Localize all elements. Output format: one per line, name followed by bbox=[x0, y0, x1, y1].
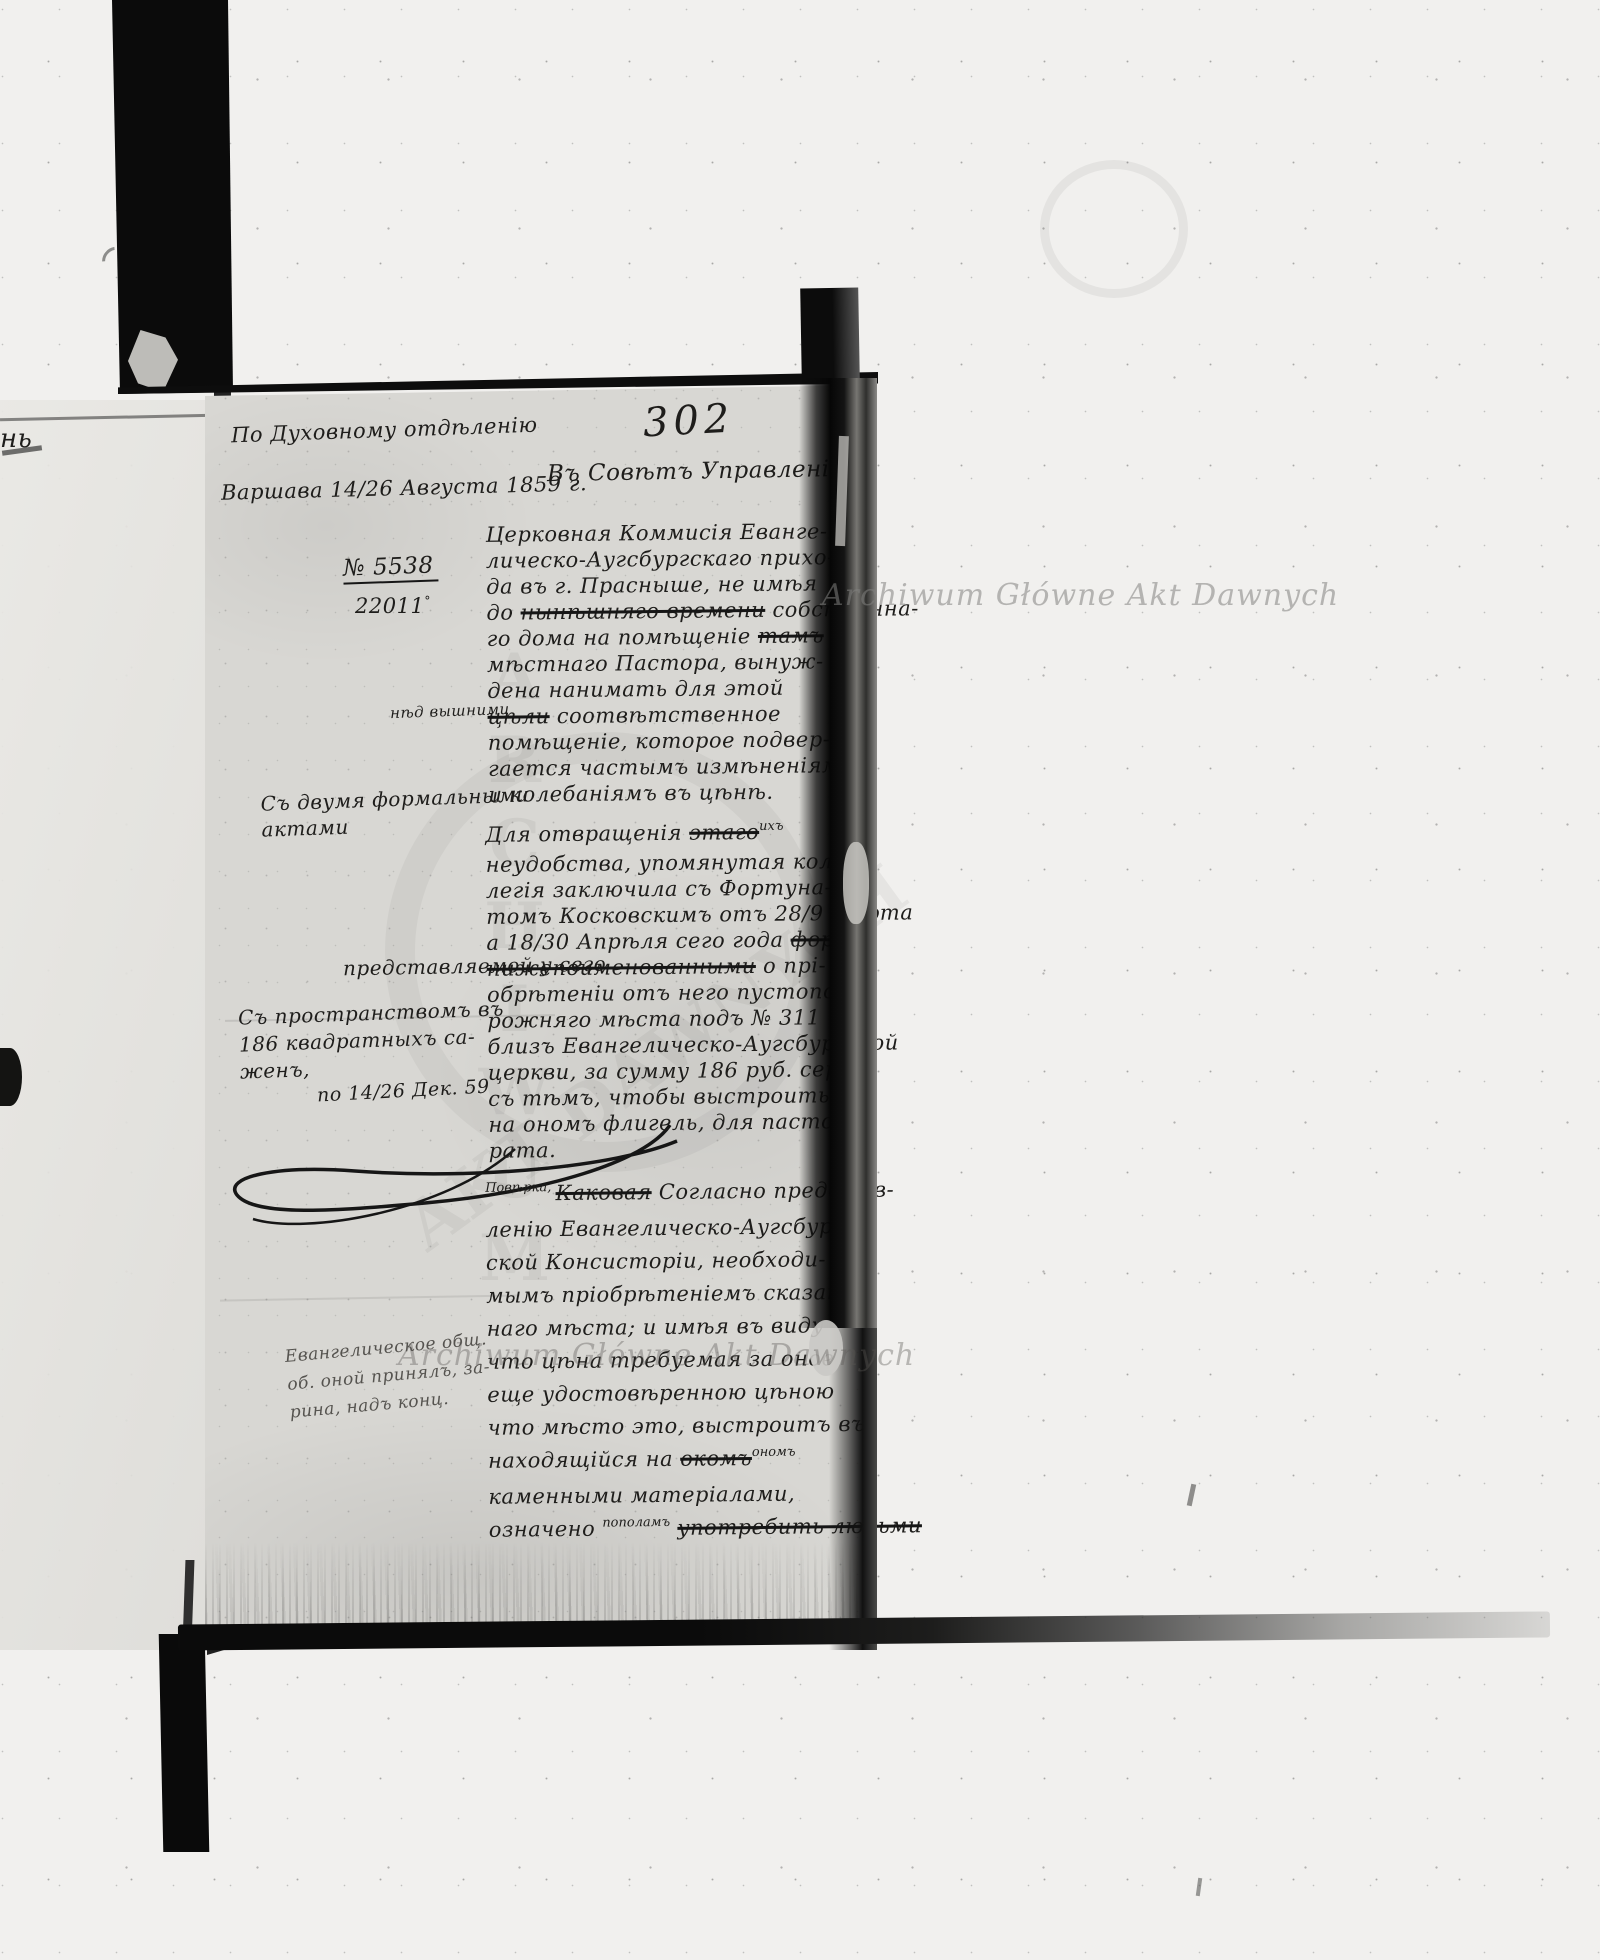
right-margin-dash-2 bbox=[1196, 1878, 1202, 1896]
handwritten-line: цѣли соотвѣтственное bbox=[487, 700, 835, 730]
handwritten-line: съ тѣмъ, чтобы выстроить bbox=[488, 1082, 836, 1112]
handwritten-line: церкви, за сумму 186 руб. сер. bbox=[488, 1056, 836, 1086]
handwritten-line: дена нанимать для этой bbox=[487, 674, 835, 704]
faint-ring-smudge bbox=[1040, 160, 1188, 298]
handwritten-line: томъ Косковскимъ отъ 28/9 Марта bbox=[486, 900, 834, 930]
margin-doc-number: № 5538 bbox=[343, 552, 439, 584]
handwritten-line: находящійся на окомъономъ bbox=[488, 1441, 836, 1481]
margin-doc-number-denominator: 22011° bbox=[355, 594, 431, 618]
paragraph: Церковная Коммисія Еванге-лическо-Аугсбу… bbox=[486, 518, 837, 808]
facing-page bbox=[0, 400, 213, 1650]
document-page: ARCHIWUM AKT DAWNYCH 302 Въ Совѣтъ Управ… bbox=[205, 372, 877, 1652]
handwritten-line: го дома на помѣщеніе тамъ bbox=[487, 622, 835, 652]
watermark-text-middle: Archiwum Główne Akt Dawnych bbox=[398, 1338, 915, 1373]
handwritten-line: еще удостовѣренною цѣною bbox=[487, 1375, 835, 1412]
handwritten-line: да въ г. Прасныше, не имѣя bbox=[486, 570, 834, 600]
handwritten-line: рожняго мѣста подъ № 311 bbox=[487, 1004, 835, 1034]
paragraph: Для отвращенія этагоихънеудобства, упомя… bbox=[485, 818, 837, 1164]
handwritten-line: близъ Евангелическо-Аугсбургской bbox=[487, 1030, 835, 1060]
microfilm-scan: нь ARCHIWUM AKT DAWNYCH 302 Въ Совѣтъ Уп… bbox=[0, 0, 1600, 1960]
handwritten-line: ленію Евангелическо-Аугсбург- bbox=[485, 1210, 833, 1247]
degree-mark: ° bbox=[424, 594, 431, 608]
handwritten-line: обрѣтеніи отъ него пустопо- bbox=[487, 978, 835, 1008]
handwritten-line: Для отвращенія этагоихъ bbox=[485, 818, 833, 852]
handwritten-line: каменными матеріалами, bbox=[488, 1477, 836, 1514]
binding-edge-upper bbox=[800, 288, 860, 381]
handwritten-line: мымъ пріобрѣтеніемъ сказан- bbox=[486, 1276, 834, 1313]
handwritten-line: означено пополамъ употребить людьми bbox=[489, 1510, 837, 1550]
doc-number-numerator: № 5538 bbox=[343, 552, 439, 584]
handwritten-line: нижепоименованными о прі- bbox=[487, 952, 835, 982]
handwritten-line: Повѣрка, Каковая Согласно представ- bbox=[485, 1174, 833, 1214]
spine-shadow-bar bbox=[159, 1634, 210, 1852]
handwritten-line: ской Консисторіи, необходи- bbox=[486, 1243, 834, 1280]
handwritten-line: а 18/30 Апрѣля сего года форм. bbox=[486, 926, 834, 956]
handwritten-line: помѣщеніе, которое подвер- bbox=[488, 726, 836, 756]
handwritten-line: рата. bbox=[489, 1134, 837, 1164]
handwritten-line: что мѣсто это, выстроитъ въ bbox=[488, 1408, 836, 1445]
margin-note-area: Съ пространствомъ въ 186 квадратныхъ са-… bbox=[238, 995, 507, 1085]
handwritten-line: на ономъ флигель, для пасто- bbox=[488, 1108, 836, 1138]
handwritten-line: мѣстнаго Пастора, вынуж- bbox=[487, 648, 835, 678]
right-margin-dash-1 bbox=[1187, 1484, 1196, 1507]
handwritten-line: гается частымъ измѣненіямъ bbox=[488, 752, 836, 782]
handwritten-line: лическо-Аугсбургскаго прихо- bbox=[486, 544, 834, 574]
body-paragraphs: Церковная Коммисія Еванге-лическо-Аугсбу… bbox=[487, 520, 835, 1548]
handwritten-line: легія заключила съ Фортуна- bbox=[486, 874, 834, 904]
watermark-text-top: Archiwum Główne Akt Dawnych bbox=[822, 578, 1339, 613]
binding-edge-lower bbox=[829, 1328, 877, 1650]
page-number: 302 bbox=[642, 396, 736, 447]
handwritten-line: Церковная Коммисія Еванге- bbox=[486, 518, 834, 548]
handwritten-line: неудобства, упомянутая кол- bbox=[486, 848, 834, 878]
binding-torn-patch bbox=[843, 842, 869, 924]
handwritten-line: до нынѣшняго времени собственна- bbox=[486, 596, 834, 626]
handwritten-line: и колебаніямъ въ цѣнѣ. bbox=[488, 778, 836, 808]
